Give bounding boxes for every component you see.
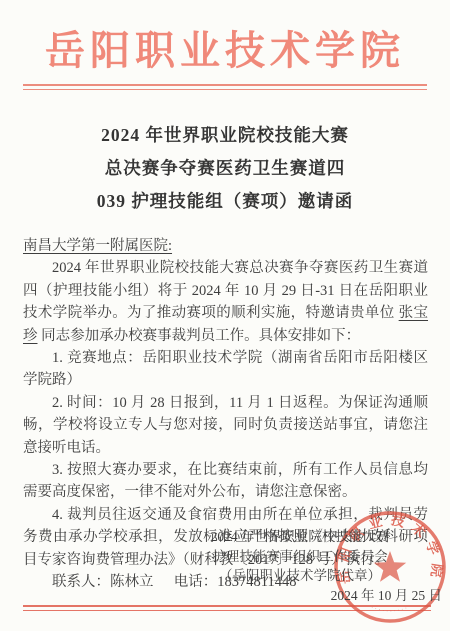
scanned-letter-page: 岳阳职业技术学院 2024 年世界职业院校技能大赛 总决赛争夺赛医药卫生赛道四 … bbox=[0, 0, 450, 631]
svg-text:··········: ·········· bbox=[370, 605, 411, 615]
document-title: 2024 年世界职业院校技能大赛 总决赛争夺赛医药卫生赛道四 039 护理技能组… bbox=[0, 119, 450, 218]
contact-person-label: 联系人： bbox=[52, 574, 110, 590]
intro-paragraph: 2024 年世界职业院校技能大赛总决赛争夺赛医药卫生赛道四（护理技能小组）将于 … bbox=[23, 257, 428, 347]
letterhead-school-name: 岳阳职业技术学院 bbox=[0, 27, 450, 75]
arrangement-item-1: 1. 竞赛地点：岳阳职业技术学院（湖南省岳阳市岳阳楼区学院路） bbox=[23, 347, 428, 392]
letterhead-double-rule bbox=[23, 84, 427, 90]
signature-block: 2024 年世界职业院校技能大赛 护理技能赛事组织工作委员会 （岳阳职业技术学院… bbox=[155, 527, 445, 605]
title-line-2: 总决赛争夺赛医药卫生赛道四 bbox=[0, 152, 450, 185]
contact-person-name: 陈林立 bbox=[110, 574, 154, 590]
title-line-3: 039 护理技能组（赛项）邀请函 bbox=[0, 185, 450, 218]
signature-line-1: 2024 年世界职业院校技能大赛 bbox=[155, 527, 445, 547]
recipient-hospital-name: 南昌大学第一附属医院: bbox=[23, 238, 172, 254]
arrangement-item-2: 2. 时间：10 月 28 日报到，11 月 1 日返程。为保证沟通顺畅，学校将… bbox=[23, 392, 428, 459]
intro-text-before-name: 2024 年世界职业院校技能大赛总决赛争夺赛医药卫生赛道四（护理技能小组）将于 … bbox=[23, 260, 428, 321]
seal-bottom-marks: ·········· bbox=[370, 605, 411, 615]
title-line-1: 2024 年世界职业院校技能大赛 bbox=[0, 119, 450, 152]
intro-text-after-name: 同志参加承办校赛事裁判员工作。具体安排如下： bbox=[38, 328, 361, 344]
signature-line-3: （岳阳职业技术学院代章） bbox=[155, 566, 445, 586]
signature-line-2: 护理技能赛事组织工作委员会 bbox=[155, 547, 445, 567]
arrangement-item-3: 3. 按照大赛办要求，在比赛结束前，所有工作人员信息均需要高度保密，一律不能对外… bbox=[23, 459, 428, 504]
signature-date: 2024 年 10 月 25 日 bbox=[155, 586, 445, 606]
salutation-line: 南昌大学第一附属医院: bbox=[23, 235, 428, 257]
